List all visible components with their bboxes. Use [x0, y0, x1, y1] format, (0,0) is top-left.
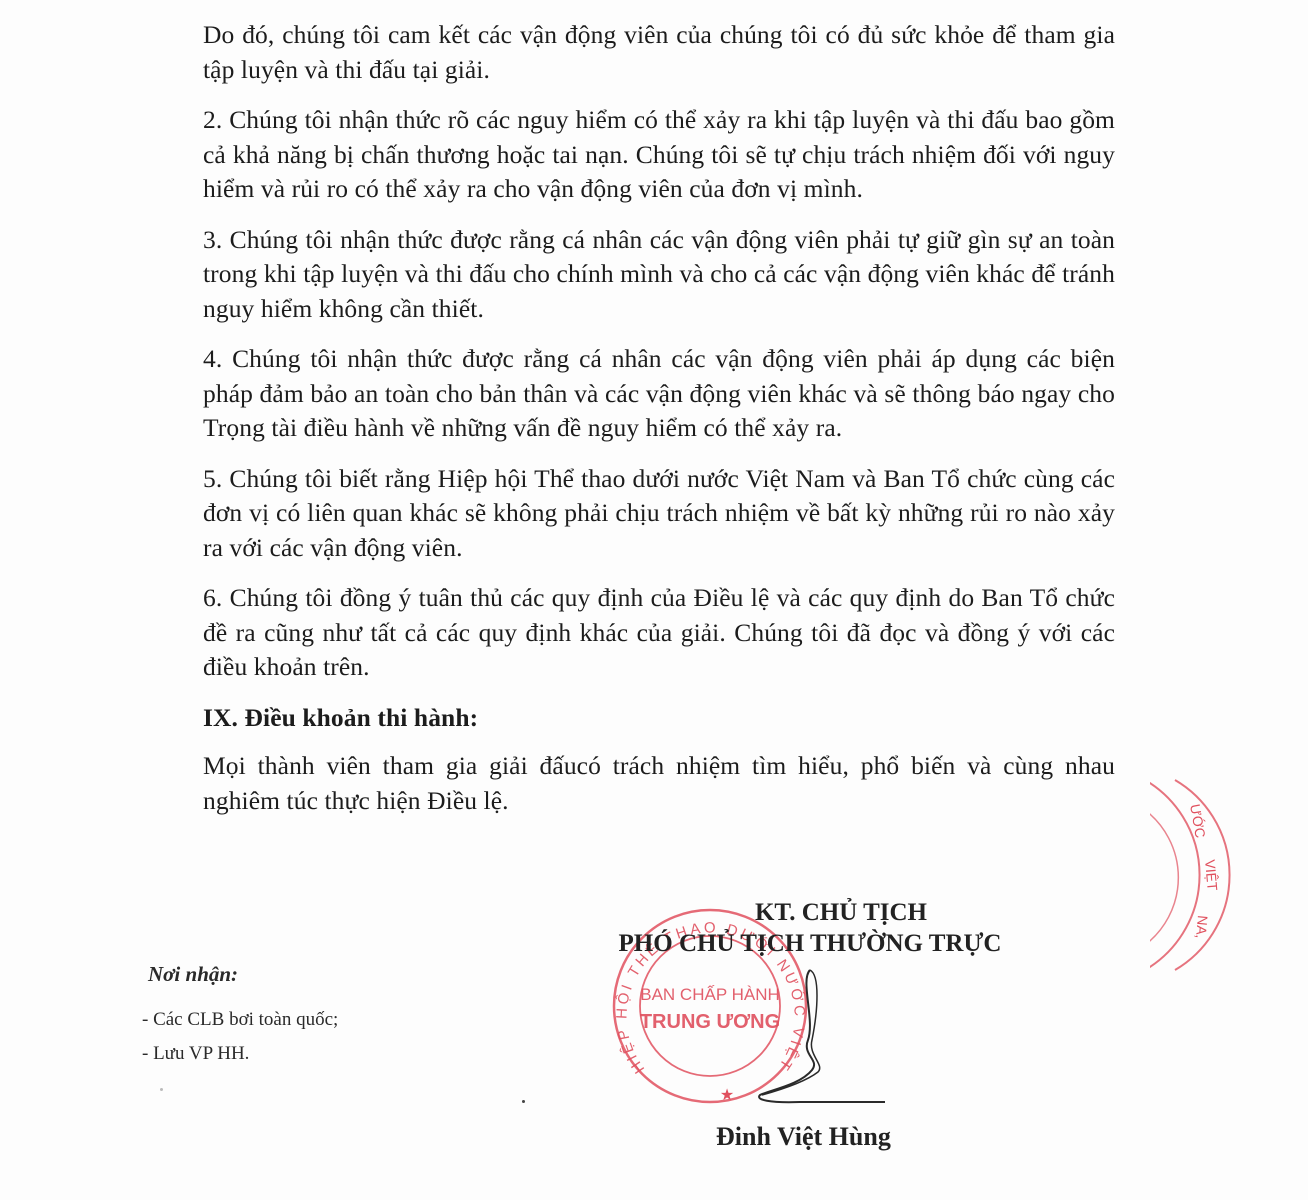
signature-title-line-2: PHÓ CHỦ TỊCH THƯỜNG TRỰC [560, 928, 1060, 959]
document-body: Do đó, chúng tôi cam kết các vận động vi… [203, 18, 1115, 834]
paragraph-commitment: Do đó, chúng tôi cam kết các vận động vi… [203, 18, 1115, 87]
seal-line-1: BAN CHẤP HÀNH [640, 985, 780, 1004]
svg-text:★: ★ [720, 1085, 734, 1104]
signature-title-block: KT. CHỦ TỊCH PHÓ CHỦ TỊCH THƯỜNG TRỰC [560, 897, 1060, 959]
paragraph-item-4: 4. Chúng tôi nhận thức được rằng cá nhân… [203, 342, 1115, 446]
svg-text:ƯỚC: ƯỚC [1187, 803, 1209, 839]
partial-seal-icon: ƯỚC VIỆT NA, [1150, 775, 1240, 975]
handwritten-signature-icon [740, 960, 890, 1110]
signer-name: Đinh Việt Hùng [716, 1122, 891, 1152]
seal-line-2: TRUNG ƯƠNG [640, 1011, 780, 1033]
paragraph-item-5: 5. Chúng tôi biết rằng Hiệp hội Thể thao… [203, 462, 1115, 566]
recipient-item: - Các CLB bơi toàn quốc; [142, 1009, 338, 1031]
paragraph-item-2: 2. Chúng tôi nhận thức rõ các nguy hiểm … [203, 103, 1115, 207]
section-paragraph: Mọi thành viên tham gia giải đấucó trách… [203, 749, 1115, 818]
signature-title-line-1: KT. CHỦ TỊCH [560, 897, 1060, 928]
paragraph-item-3: 3. Chúng tôi nhận thức được rằng cá nhân… [203, 223, 1115, 327]
recipient-item: - Lưu VP HH. [142, 1043, 338, 1065]
document-page: Do đó, chúng tôi cam kết các vận động vi… [0, 0, 1308, 1200]
svg-text:NA,: NA, [1193, 915, 1211, 940]
svg-text:VIỆT: VIỆT [1202, 859, 1221, 892]
paragraph-item-6: 6. Chúng tôi đồng ý tuân thủ các quy địn… [203, 581, 1115, 685]
scan-speck [522, 1100, 525, 1103]
scan-speck [160, 1088, 163, 1091]
section-heading: IX. Điều khoản thi hành: [203, 701, 1115, 736]
recipients-label: Nơi nhận: [148, 962, 338, 987]
recipients-block: Nơi nhận: - Các CLB bơi toàn quốc; - Lưu… [142, 962, 338, 1077]
